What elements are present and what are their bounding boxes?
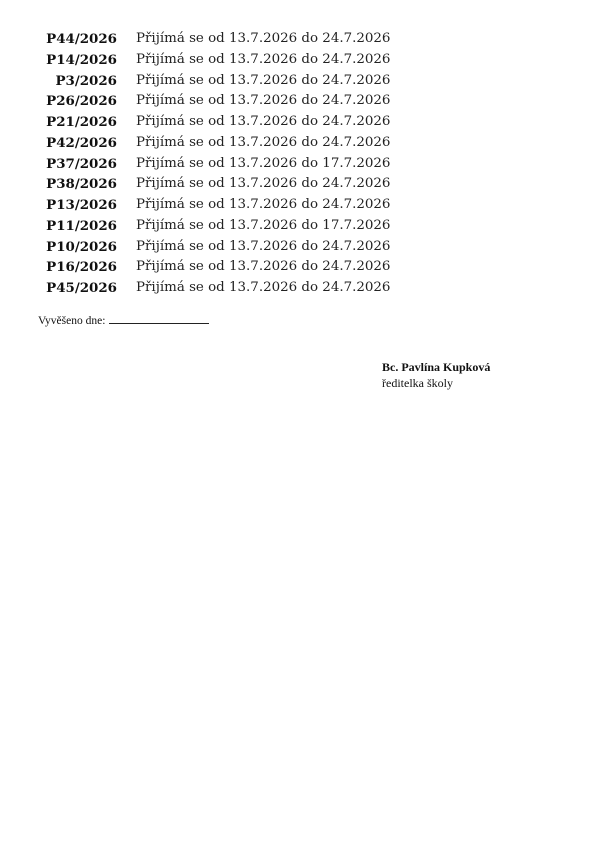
- listing-row: P44/2026Přijímá se od 13.7.2026 do 24.7.…: [0, 29, 600, 50]
- listing-row: P42/2026Přijímá se od 13.7.2026 do 24.7.…: [0, 133, 600, 154]
- listing-row: P37/2026Přijímá se od 13.7.2026 do 17.7.…: [0, 154, 600, 175]
- signatory-role: ředitelka školy: [382, 375, 490, 391]
- listing-description: Přijímá se od 13.7.2026 do 24.7.2026: [136, 91, 390, 112]
- listing-code: P16/2026: [46, 257, 117, 278]
- listing-description: Přijímá se od 13.7.2026 do 24.7.2026: [136, 278, 390, 299]
- listing-row: P14/2026Přijímá se od 13.7.2026 do 24.7.…: [0, 50, 600, 71]
- listing-code: P37/2026: [46, 154, 117, 175]
- listing-description: Přijímá se od 13.7.2026 do 17.7.2026: [136, 154, 390, 175]
- listing-description: Přijímá se od 13.7.2026 do 24.7.2026: [136, 174, 390, 195]
- listing-code: P11/2026: [46, 216, 117, 237]
- signature-block: Bc. Pavlína Kupková ředitelka školy: [382, 359, 490, 391]
- listing-description: Přijímá se od 13.7.2026 do 24.7.2026: [136, 237, 390, 258]
- listing-code: P13/2026: [46, 195, 117, 216]
- listing-description: Přijímá se od 13.7.2026 do 24.7.2026: [136, 71, 390, 92]
- listing-code: P38/2026: [46, 174, 117, 195]
- listing-row: P45/2026Přijímá se od 13.7.2026 do 24.7.…: [0, 278, 600, 299]
- listing-description: Přijímá se od 13.7.2026 do 24.7.2026: [136, 50, 390, 71]
- listing-description: Přijímá se od 13.7.2026 do 24.7.2026: [136, 29, 390, 50]
- listing-row: P3/2026Přijímá se od 13.7.2026 do 24.7.2…: [0, 71, 600, 92]
- listing-code: P45/2026: [46, 278, 117, 299]
- listing-row: P16/2026Přijímá se od 13.7.2026 do 24.7.…: [0, 257, 600, 278]
- listing-row: P21/2026Přijímá se od 13.7.2026 do 24.7.…: [0, 112, 600, 133]
- listing-description: Přijímá se od 13.7.2026 do 24.7.2026: [136, 112, 390, 133]
- listing-row: P38/2026Přijímá se od 13.7.2026 do 24.7.…: [0, 174, 600, 195]
- listing-row: P26/2026Přijímá se od 13.7.2026 do 24.7.…: [0, 91, 600, 112]
- listing-description: Přijímá se od 13.7.2026 do 24.7.2026: [136, 257, 390, 278]
- listing-code: P42/2026: [46, 133, 117, 154]
- listing-code: P26/2026: [46, 91, 117, 112]
- listing-code: P44/2026: [46, 29, 117, 50]
- listing-code: P14/2026: [46, 50, 117, 71]
- listing-row: P10/2026Přijímá se od 13.7.2026 do 24.7.…: [0, 237, 600, 258]
- listing-code: P21/2026: [46, 112, 117, 133]
- listing-code: P10/2026: [46, 237, 117, 258]
- signatory-name: Bc. Pavlína Kupková: [382, 359, 490, 375]
- posted-date-field: Vyvěšeno dne:: [38, 314, 209, 327]
- listing-description: Přijímá se od 13.7.2026 do 17.7.2026: [136, 216, 390, 237]
- posted-date-label: Vyvěšeno dne:: [38, 315, 105, 327]
- listing-code: P3/2026: [55, 71, 117, 92]
- listing-description: Přijímá se od 13.7.2026 do 24.7.2026: [136, 133, 390, 154]
- listing-row: P13/2026Přijímá se od 13.7.2026 do 24.7.…: [0, 195, 600, 216]
- listing-row: P11/2026Přijímá se od 13.7.2026 do 17.7.…: [0, 216, 600, 237]
- posted-date-blank-line: [109, 314, 209, 324]
- listing-description: Přijímá se od 13.7.2026 do 24.7.2026: [136, 195, 390, 216]
- admission-listing: P44/2026Přijímá se od 13.7.2026 do 24.7.…: [0, 29, 600, 299]
